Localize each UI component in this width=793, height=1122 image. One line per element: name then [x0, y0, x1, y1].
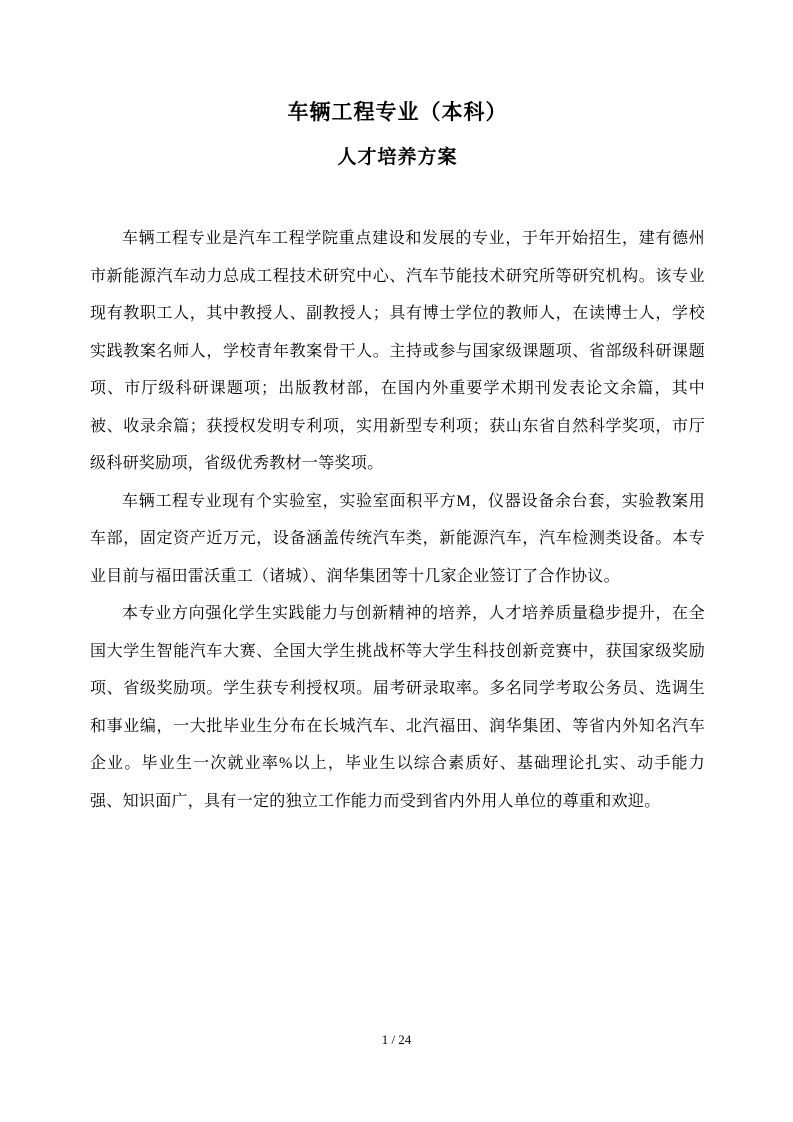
- document-body: 车辆工程专业是汽车工程学院重点建设和发展的专业，于年开始招生，建有德州市新能源汽…: [90, 220, 705, 820]
- document-subtitle: 人才培养方案: [90, 146, 705, 170]
- page-number: 1 / 24: [0, 1032, 793, 1048]
- document-content: 车辆工程专业（本科） 人才培养方案 车辆工程专业是汽车工程学院重点建设和发展的专…: [90, 0, 705, 820]
- document-title: 车辆工程专业（本科）: [90, 100, 705, 126]
- paragraph-facilities: 车辆工程专业现有个实验室，实验室面积平方M，仪器设备余台套，实验教案用车部，固定…: [90, 483, 705, 596]
- paragraph-achievements: 本专业方向强化学生实践能力与创新精神的培养，人才培养质量稳步提升，在全国大学生智…: [90, 595, 705, 820]
- document-page: 车辆工程专业（本科） 人才培养方案 车辆工程专业是汽车工程学院重点建设和发展的专…: [0, 0, 793, 1122]
- paragraph-overview: 车辆工程专业是汽车工程学院重点建设和发展的专业，于年开始招生，建有德州市新能源汽…: [90, 220, 705, 483]
